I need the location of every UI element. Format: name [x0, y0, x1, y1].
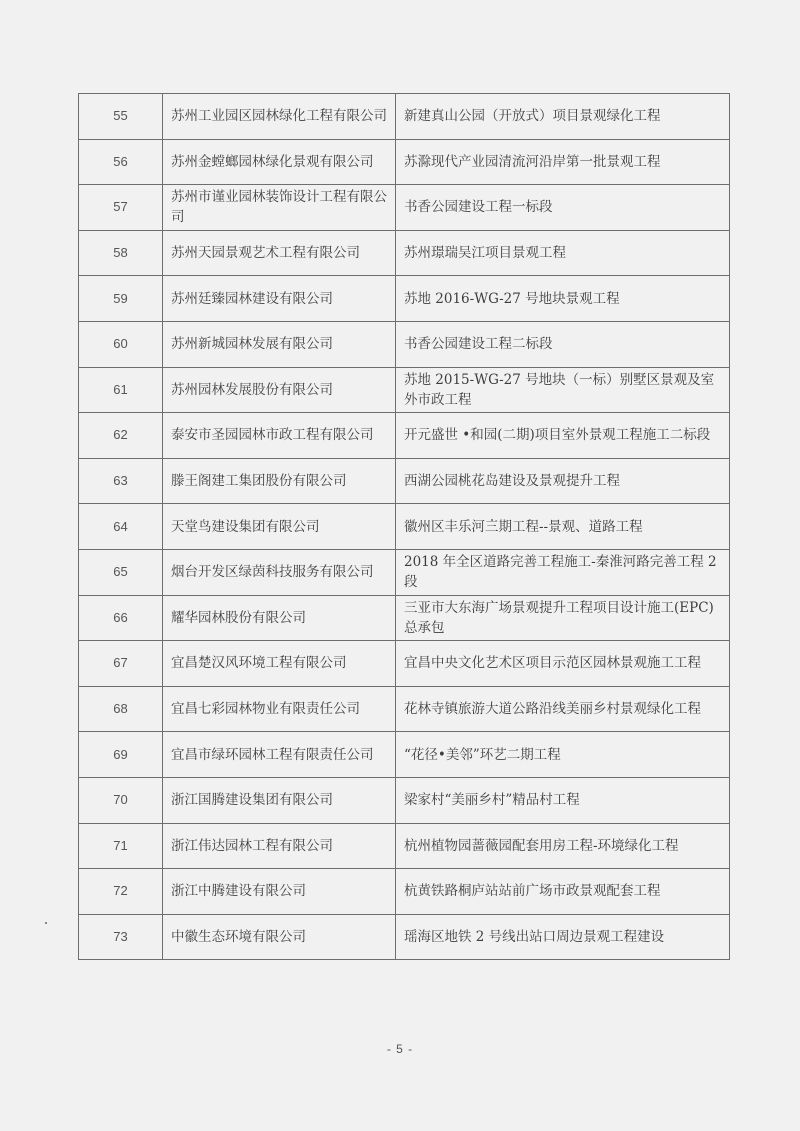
table-row: 60苏州新城园林发展有限公司书香公园建设工程二标段 — [79, 321, 730, 367]
scan-speck — [45, 922, 47, 924]
project-name: 苏地 2016-WG-27 号地块景观工程 — [396, 276, 730, 322]
project-name: 杭州植物园蔷薇园配套用房工程-环境绿化工程 — [396, 823, 730, 869]
award-list-table: 55苏州工业园区园林绿化工程有限公司新建真山公园（开放式）项目景观绿化工程 56… — [78, 93, 730, 960]
project-name: 2018 年全区道路完善工程施工-秦淮河路完善工程 2 段 — [396, 549, 730, 595]
project-name: 徽州区丰乐河三期工程--景观、道路工程 — [396, 504, 730, 550]
row-number: 70 — [79, 777, 163, 823]
table-row: 73中徽生态环境有限公司瑶海区地铁 2 号线出站口周边景观工程建设 — [79, 914, 730, 960]
project-name: 花林寺镇旅游大道公路沿线美丽乡村景观绿化工程 — [396, 686, 730, 732]
project-name: 西湖公园桃花岛建设及景观提升工程 — [396, 458, 730, 504]
row-number: 56 — [79, 139, 163, 185]
project-name: 三亚市大东海广场景观提升工程项目设计施工(EPC)总承包 — [396, 595, 730, 641]
project-name: 书香公园建设工程二标段 — [396, 321, 730, 367]
project-name: 瑶海区地铁 2 号线出站口周边景观工程建设 — [396, 914, 730, 960]
table-row: 65烟台开发区绿茵科技服务有限公司2018 年全区道路完善工程施工-秦淮河路完善… — [79, 549, 730, 595]
row-number: 68 — [79, 686, 163, 732]
company-name: 中徽生态环境有限公司 — [163, 914, 396, 960]
table-row: 67宜昌楚汉风环境工程有限公司宜昌中央文化艺术区项目示范区园林景观施工工程 — [79, 641, 730, 687]
company-name: 浙江国腾建设集团有限公司 — [163, 777, 396, 823]
row-number: 62 — [79, 413, 163, 459]
company-name: 苏州金螳螂园林绿化景观有限公司 — [163, 139, 396, 185]
table-row: 61苏州园林发展股份有限公司苏地 2015-WG-27 号地块（一标）别墅区景观… — [79, 367, 730, 413]
project-name: 宜昌中央文化艺术区项目示范区园林景观施工工程 — [396, 641, 730, 687]
table-row: 69宜昌市绿环园林工程有限责任公司“花径•美邻”环艺二期工程 — [79, 732, 730, 778]
project-name: 书香公园建设工程一标段 — [396, 185, 730, 231]
company-name: 泰安市圣园园林市政工程有限公司 — [163, 413, 396, 459]
table-row: 59苏州廷臻园林建设有限公司苏地 2016-WG-27 号地块景观工程 — [79, 276, 730, 322]
company-name: 苏州工业园区园林绿化工程有限公司 — [163, 94, 396, 140]
project-name: 苏地 2015-WG-27 号地块（一标）别墅区景观及室外市政工程 — [396, 367, 730, 413]
company-name: 苏州市谨业园林装饰设计工程有限公司 — [163, 185, 396, 231]
project-name: 新建真山公园（开放式）项目景观绿化工程 — [396, 94, 730, 140]
project-name: 杭黄铁路桐庐站站前广场市政景观配套工程 — [396, 869, 730, 915]
row-number: 59 — [79, 276, 163, 322]
table-row: 58苏州天园景观艺术工程有限公司苏州璟瑞吴江项目景观工程 — [79, 230, 730, 276]
row-number: 67 — [79, 641, 163, 687]
row-number: 73 — [79, 914, 163, 960]
table-row: 66耀华园林股份有限公司三亚市大东海广场景观提升工程项目设计施工(EPC)总承包 — [79, 595, 730, 641]
row-number: 58 — [79, 230, 163, 276]
company-name: 苏州天园景观艺术工程有限公司 — [163, 230, 396, 276]
row-number: 71 — [79, 823, 163, 869]
company-name: 苏州新城园林发展有限公司 — [163, 321, 396, 367]
row-number: 64 — [79, 504, 163, 550]
table-row: 62泰安市圣园园林市政工程有限公司开元盛世 •和园(二期)项目室外景观工程施工二… — [79, 413, 730, 459]
company-name: 浙江中腾建设有限公司 — [163, 869, 396, 915]
company-name: 苏州园林发展股份有限公司 — [163, 367, 396, 413]
company-name: 耀华园林股份有限公司 — [163, 595, 396, 641]
table-body: 55苏州工业园区园林绿化工程有限公司新建真山公园（开放式）项目景观绿化工程 56… — [79, 94, 730, 960]
scan-speck — [491, 519, 493, 521]
row-number: 55 — [79, 94, 163, 140]
company-name: 天堂鸟建设集团有限公司 — [163, 504, 396, 550]
table-row: 63滕王阁建工集团股份有限公司西湖公园桃花岛建设及景观提升工程 — [79, 458, 730, 504]
table-row: 57苏州市谨业园林装饰设计工程有限公司书香公园建设工程一标段 — [79, 185, 730, 231]
table-row: 70浙江国腾建设集团有限公司梁家村“美丽乡村”精品村工程 — [79, 777, 730, 823]
row-number: 60 — [79, 321, 163, 367]
row-number: 61 — [79, 367, 163, 413]
company-name: 滕王阁建工集团股份有限公司 — [163, 458, 396, 504]
company-name: 宜昌市绿环园林工程有限责任公司 — [163, 732, 396, 778]
table-row: 55苏州工业园区园林绿化工程有限公司新建真山公园（开放式）项目景观绿化工程 — [79, 94, 730, 140]
company-name: 宜昌楚汉风环境工程有限公司 — [163, 641, 396, 687]
row-number: 69 — [79, 732, 163, 778]
table-row: 68宜昌七彩园林物业有限责任公司花林寺镇旅游大道公路沿线美丽乡村景观绿化工程 — [79, 686, 730, 732]
project-name: 苏州璟瑞吴江项目景观工程 — [396, 230, 730, 276]
row-number: 72 — [79, 869, 163, 915]
project-name: 苏滁现代产业园清流河沿岸第一批景观工程 — [396, 139, 730, 185]
row-number: 66 — [79, 595, 163, 641]
row-number: 63 — [79, 458, 163, 504]
project-name: “花径•美邻”环艺二期工程 — [396, 732, 730, 778]
table-row: 72浙江中腾建设有限公司杭黄铁路桐庐站站前广场市政景观配套工程 — [79, 869, 730, 915]
company-name: 宜昌七彩园林物业有限责任公司 — [163, 686, 396, 732]
company-name: 浙江伟达园林工程有限公司 — [163, 823, 396, 869]
company-name: 烟台开发区绿茵科技服务有限公司 — [163, 549, 396, 595]
row-number: 57 — [79, 185, 163, 231]
table-row: 71浙江伟达园林工程有限公司杭州植物园蔷薇园配套用房工程-环境绿化工程 — [79, 823, 730, 869]
project-name: 开元盛世 •和园(二期)项目室外景观工程施工二标段 — [396, 413, 730, 459]
project-name: 梁家村“美丽乡村”精品村工程 — [396, 777, 730, 823]
row-number: 65 — [79, 549, 163, 595]
company-name: 苏州廷臻园林建设有限公司 — [163, 276, 396, 322]
page-number: - 5 - — [0, 1042, 800, 1056]
table-row: 56苏州金螳螂园林绿化景观有限公司苏滁现代产业园清流河沿岸第一批景观工程 — [79, 139, 730, 185]
table-row: 64天堂鸟建设集团有限公司徽州区丰乐河三期工程--景观、道路工程 — [79, 504, 730, 550]
